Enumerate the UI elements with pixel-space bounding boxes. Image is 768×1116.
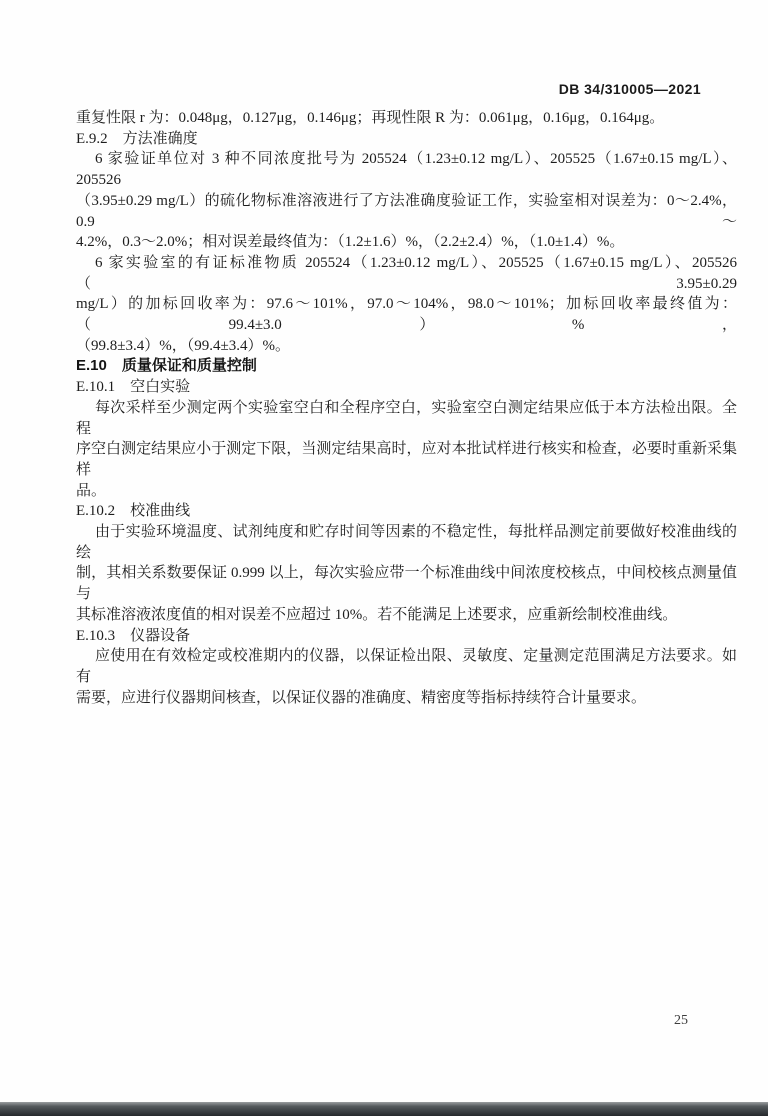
paragraph-line: mg/L）的加标回收率为：97.6～101%，97.0～104%，98.0～10… <box>76 294 737 335</box>
paragraph-line: 制，其相关系数要保证 0.999 以上，每次实验应带一个标准曲线中间浓度校核点，… <box>76 563 737 604</box>
document-body: 重复性限 r 为：0.048μg，0.127μg，0.146μg；再现性限 R … <box>76 108 737 708</box>
section-heading-e10: E.10 质量保证和质量控制 <box>76 356 737 377</box>
paragraph-line: 每次采样至少测定两个实验室空白和全程序空白，实验室空白测定结果应低于本方法检出限… <box>76 398 737 439</box>
clause-heading-e10-2: E.10.2 校准曲线 <box>76 501 737 522</box>
paragraph-line: （3.95±0.29 mg/L）的硫化物标准溶液进行了方法准确度验证工作，实验室… <box>76 191 737 232</box>
scan-edge-bar <box>0 1102 768 1116</box>
doc-number-header: DB 34/310005—2021 <box>559 81 701 97</box>
paragraph-line: 由于实验环境温度、试剂纯度和贮存时间等因素的不稳定性，每批样品测定前要做好校准曲… <box>76 522 737 563</box>
clause-heading-e10-1: E.10.1 空白实验 <box>76 377 737 398</box>
paragraph-line: 6 家实验室的有证标准物质 205524（1.23±0.12 mg/L）、205… <box>76 253 737 294</box>
paragraph-line: 应使用在有效检定或校准期内的仪器，以保证检出限、灵敏度、定量测定范围满足方法要求… <box>76 646 737 687</box>
paragraph-line: 序空白测定结果应小于测定下限，当测定结果高时，应对本批试样进行核实和检查，必要时… <box>76 439 737 480</box>
paragraph-line: 6 家验证单位对 3 种不同浓度批号为 205524（1.23±0.12 mg/… <box>76 149 737 190</box>
paragraph-line: 品。 <box>76 481 737 502</box>
clause-heading-e10-3: E.10.3 仪器设备 <box>76 626 737 647</box>
paragraph-line: 需要，应进行仪器期间核查，以保证仪器的准确度、精密度等指标持续符合计量要求。 <box>76 688 737 709</box>
paragraph-line: 其标准溶液浓度值的相对误差不应超过 10%。若不能满足上述要求，应重新绘制校准曲… <box>76 605 737 626</box>
paragraph-line: （99.8±3.4）%，（99.4±3.4）%。 <box>76 336 737 357</box>
clause-heading-e9-2: E.9.2 方法准确度 <box>76 129 737 150</box>
page-number: 25 <box>674 1013 688 1029</box>
document-page: DB 34/310005—2021 重复性限 r 为：0.048μg，0.127… <box>0 0 768 1116</box>
paragraph-line: 4.2%，0.3～2.0%；相对误差最终值为：（1.2±1.6）%，（2.2±2… <box>76 232 737 253</box>
paragraph-continuation-line: 重复性限 r 为：0.048μg，0.127μg，0.146μg；再现性限 R … <box>76 108 737 129</box>
